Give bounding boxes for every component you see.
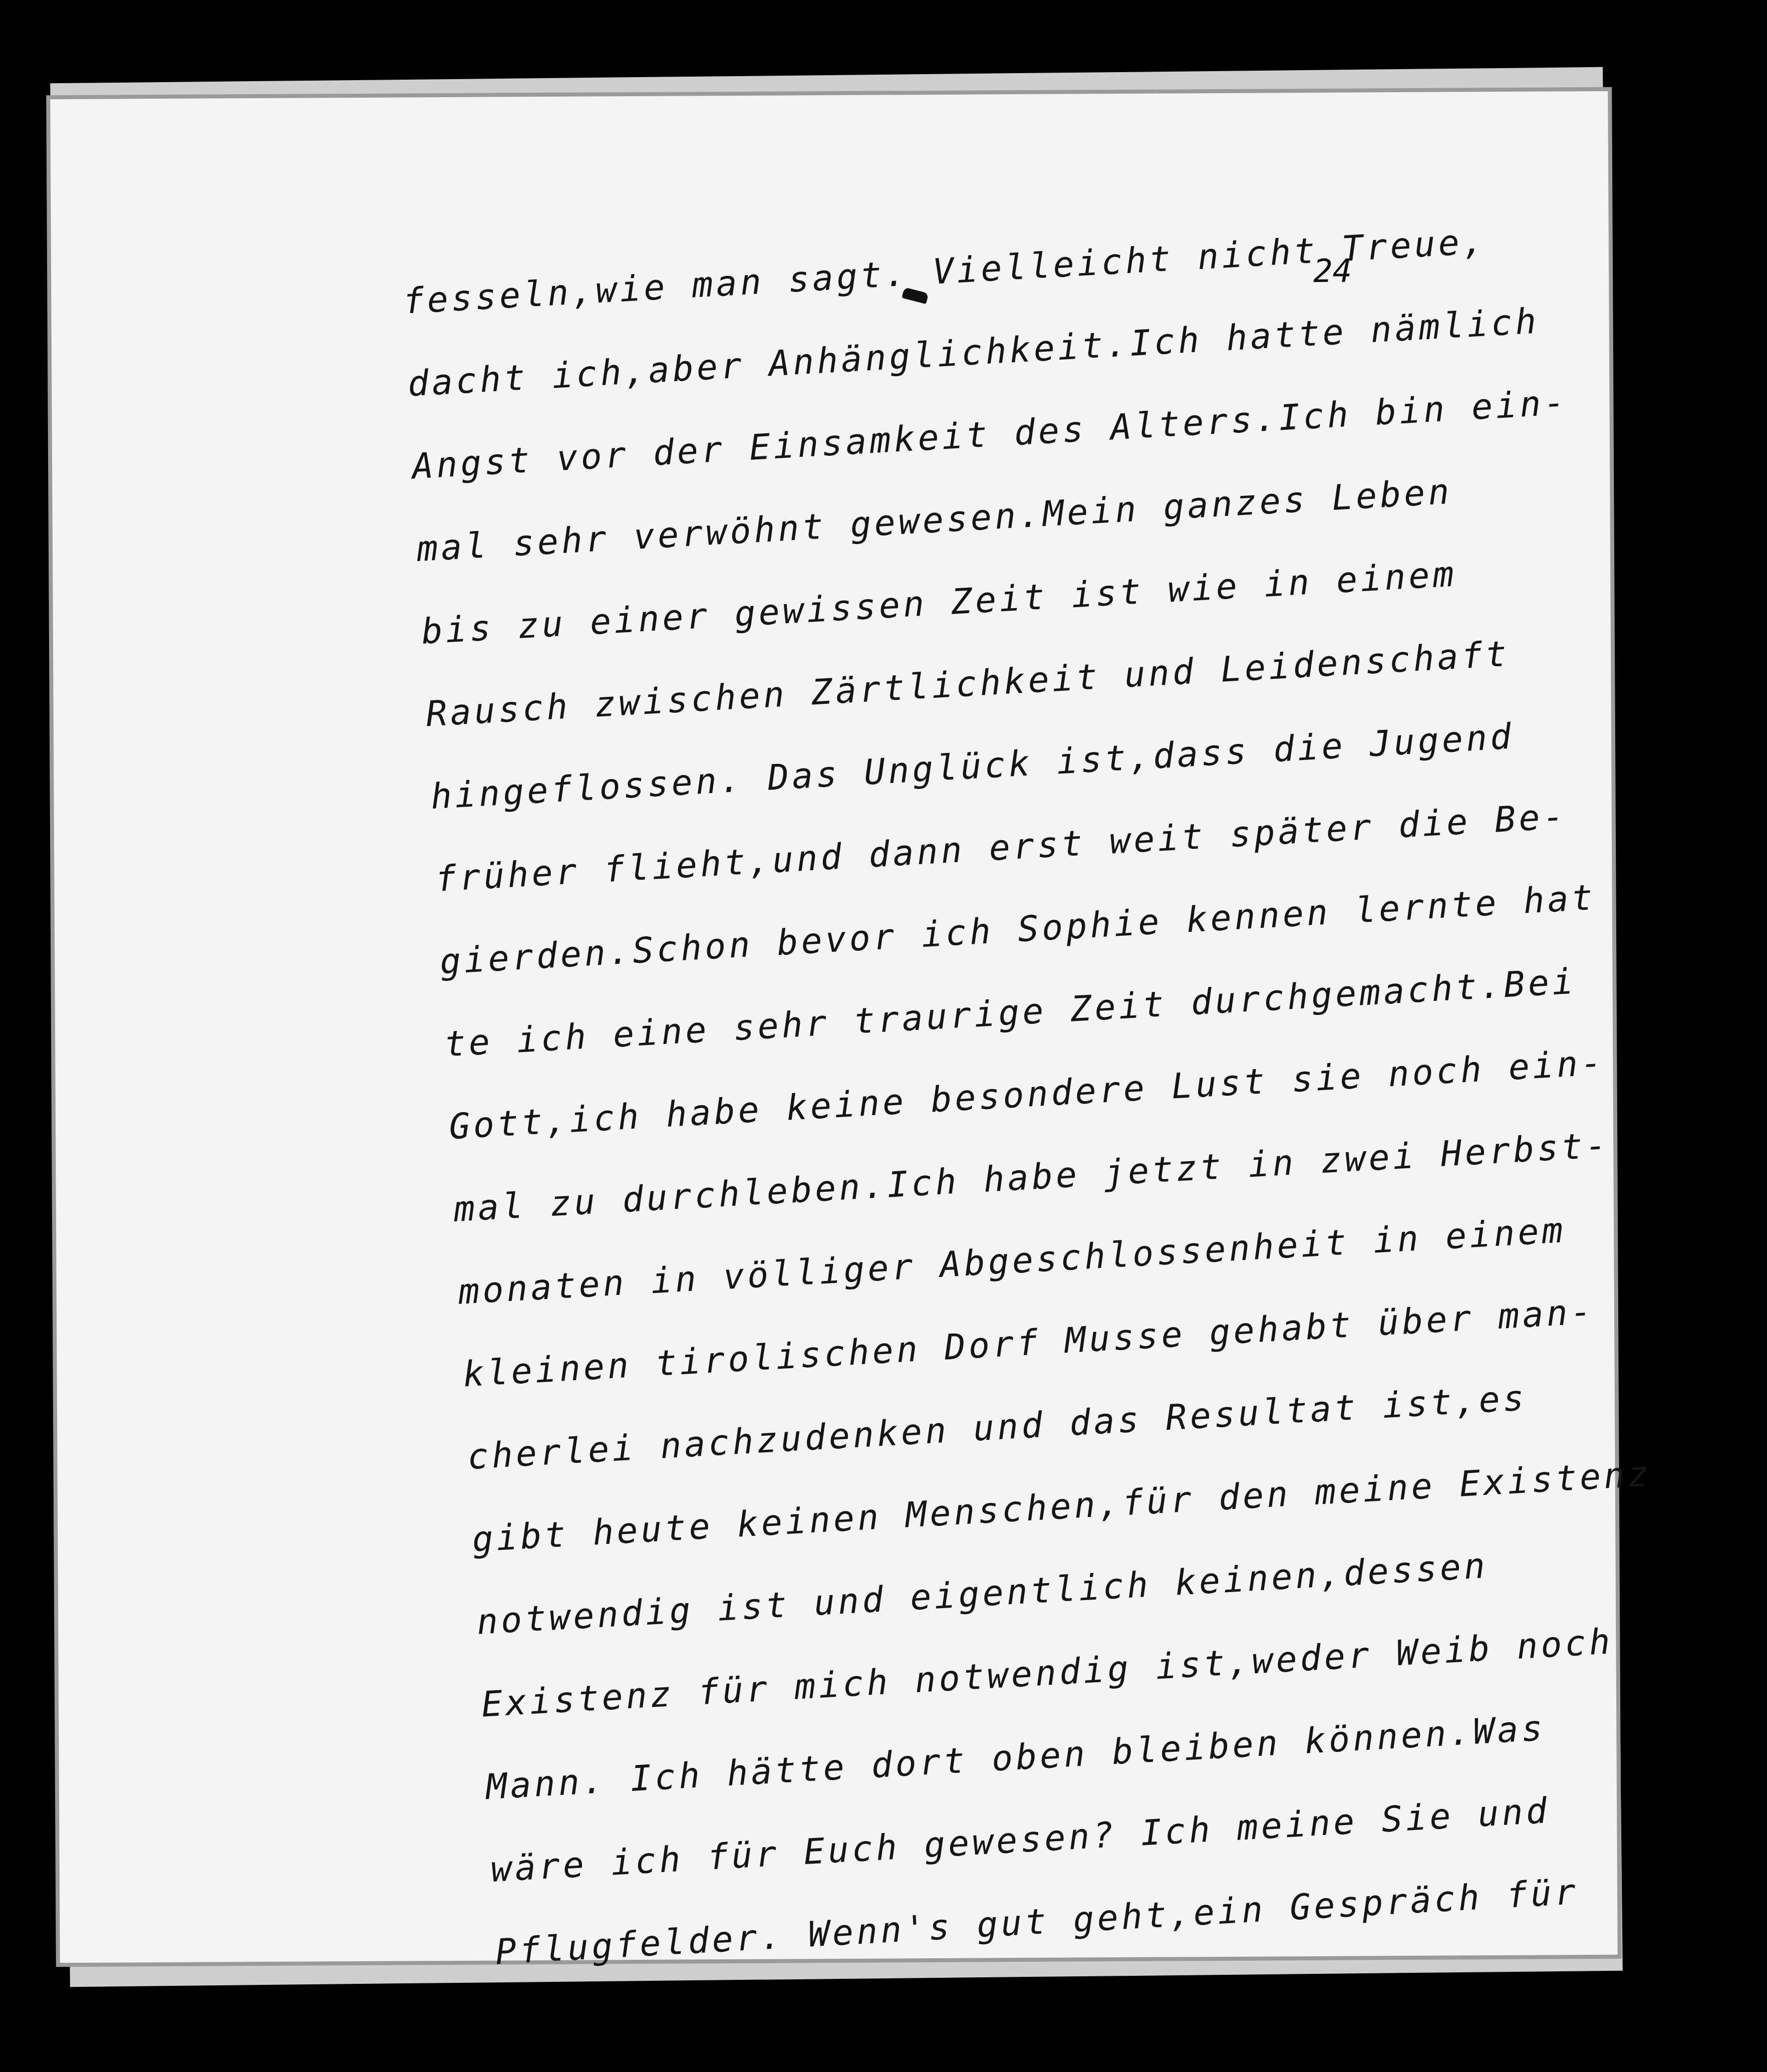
body-text: fesseln,wie man sagt. Vielleicht nicht T… xyxy=(401,194,1677,1993)
